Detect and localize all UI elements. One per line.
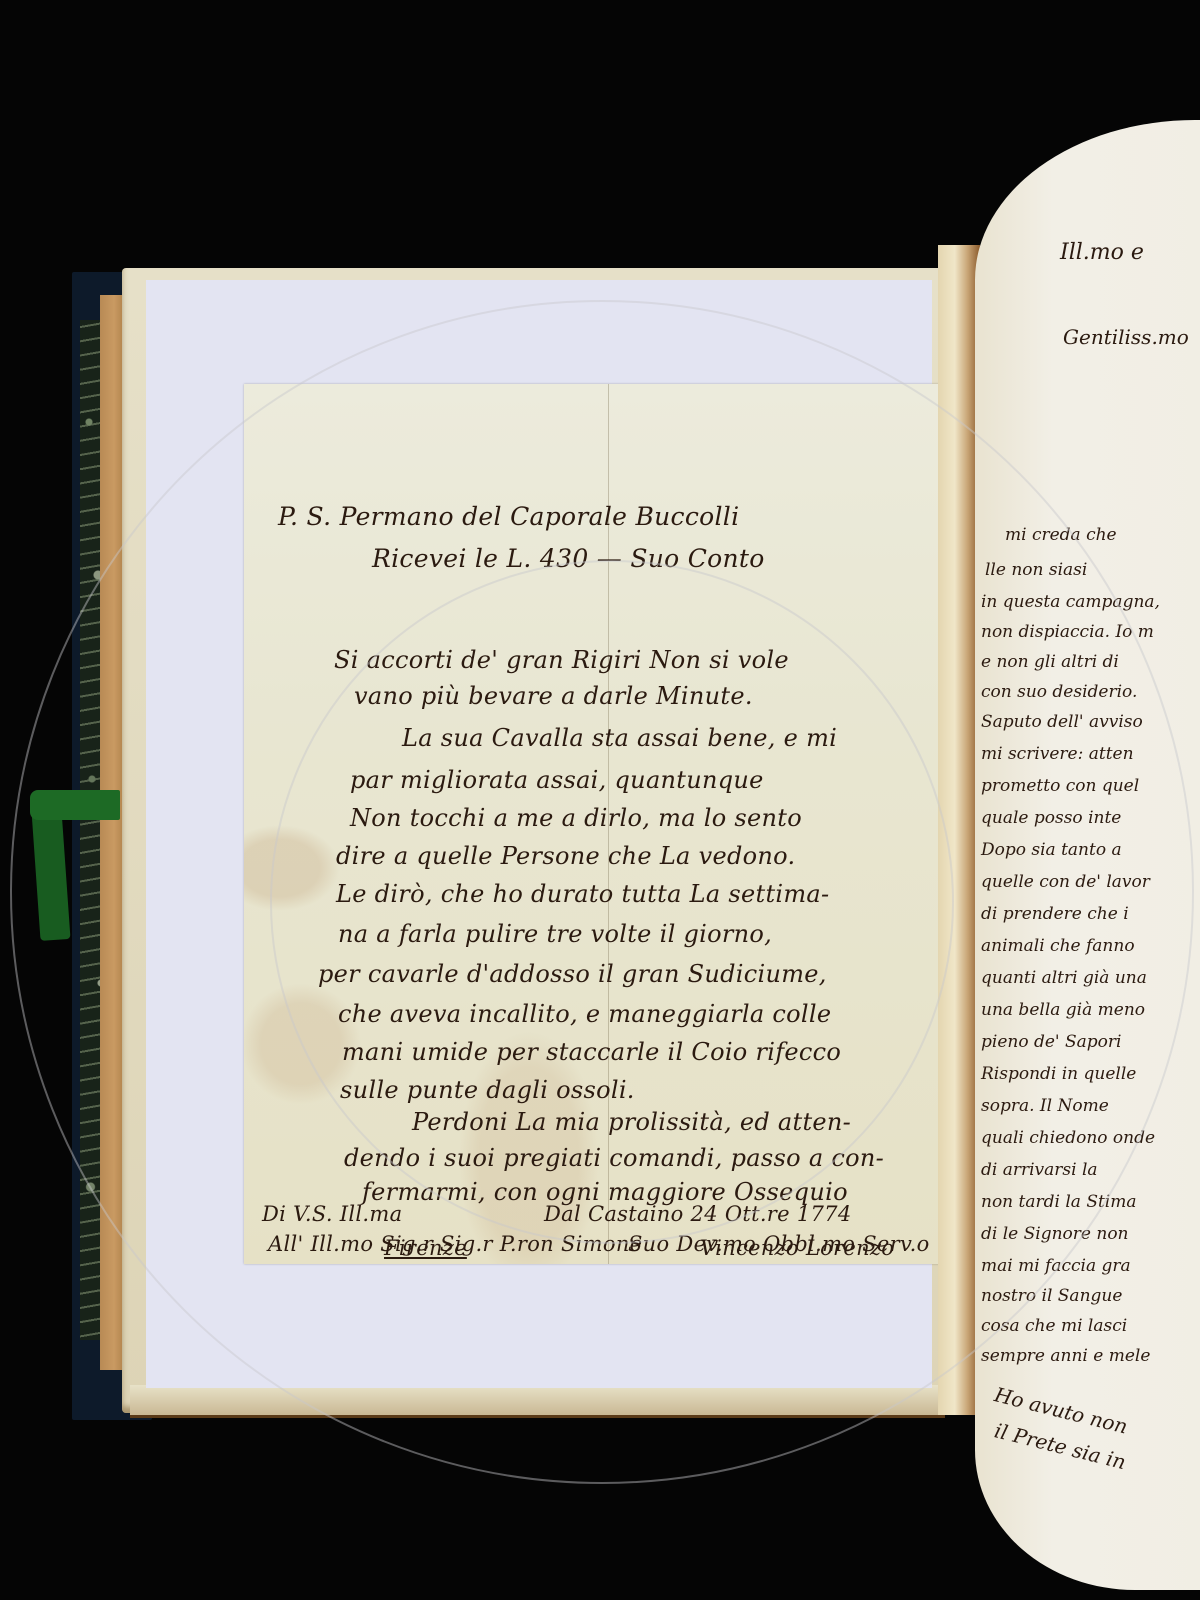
facing-page-line: una bella già meno — [981, 1000, 1145, 1020]
facing-page-line: Saputo dell' avviso — [981, 712, 1143, 732]
page-stack-bottom-edge — [130, 1385, 945, 1418]
facing-page-line: sopra. Il Nome — [981, 1096, 1109, 1116]
facing-page-line: nostro il Sangue — [981, 1286, 1122, 1306]
letter-body-line: Non tocchi a me a dirlo, ma lo sento — [350, 804, 802, 832]
letter-body-line: mani umide per staccarle il Coio rifecco — [342, 1038, 841, 1066]
facing-page-line: pieno de' Sapori — [981, 1032, 1121, 1052]
facing-manuscript-page: Ill.mo e Gentiliss.mo mi creda che lle n… — [975, 120, 1200, 1590]
facing-page-line: quanti altri già una — [981, 968, 1147, 988]
letter-body-line: Le dirò, che ho durato tutta La settima- — [336, 880, 829, 908]
facing-page-line: cosa che mi lasci — [981, 1316, 1127, 1336]
letter-place: Firenze — [384, 1236, 467, 1260]
letter-body-line: na a farla pulire tre volte il giorno, — [338, 920, 772, 948]
letter-body-line: La sua Cavalla sta assai bene, e mi — [402, 724, 837, 752]
green-ribbon-tie — [30, 790, 120, 820]
letter-heading-line-2: Ricevei le L. 430 — Suo Conto — [372, 544, 765, 573]
letter-salutation: Di V.S. Ill.ma — [262, 1202, 402, 1226]
facing-page-line: mai mi faccia gra — [981, 1256, 1131, 1276]
letter-body-line: Perdoni La mia prolissità, ed atten- — [412, 1108, 851, 1136]
facing-page-line: di le Signore non — [981, 1224, 1129, 1244]
letter-body-line: dire a quelle Persone che La vedono. — [336, 842, 795, 870]
letter-dateline: Dal Castaino 24 Ott.re 1774 — [544, 1202, 851, 1226]
facing-page-line: in questa campagna, — [981, 592, 1160, 612]
letter-heading-line-1: P. S. Permano del Caporale Buccolli — [278, 502, 739, 531]
facing-page-line: mi creda che — [1005, 525, 1117, 545]
letter-body-line: Si accorti de' gran Rigiri Non si vole — [334, 646, 789, 674]
facing-page-line: non tardi la Stima — [981, 1192, 1137, 1212]
letter-body-line: vano più bevare a darle Minute. — [354, 682, 753, 710]
facing-page-line: Rispondi in quelle — [981, 1064, 1136, 1084]
facing-page-line: quale posso inte — [981, 808, 1121, 828]
facing-page-line: quali chiedono onde — [981, 1128, 1155, 1148]
handwritten-letter: P. S. Permano del Caporale Buccolli Rice… — [244, 384, 956, 1264]
facing-page-line: mi scrivere: atten — [981, 744, 1134, 764]
facing-page-line: quelle con de' lavor — [981, 872, 1150, 892]
letter-body-line: per cavarle d'addosso il gran Sudiciume, — [318, 960, 827, 988]
facing-page-line: lle non siasi — [985, 560, 1087, 580]
photograph-scene: P. S. Permano del Caporale Buccolli Rice… — [0, 0, 1200, 1600]
facing-page-line: di arrivarsi la — [981, 1160, 1098, 1180]
book-spine-gutter — [938, 245, 980, 1415]
facing-page-line: animali che fanno — [981, 936, 1135, 956]
facing-page-line: con suo desiderio. — [981, 682, 1137, 702]
facing-page-line: non dispiaccia. Io m — [981, 622, 1154, 642]
facing-page-line: prometto con quel — [981, 776, 1139, 796]
facing-page-line: di prendere che i — [981, 904, 1129, 924]
letter-body-line: par migliorata assai, quantunque — [350, 766, 764, 794]
letter-signature: Vincenzo Lorenzo — [700, 1236, 894, 1260]
facing-page-line: Dopo sia tanto a — [981, 840, 1122, 860]
letter-body-line: dendo i suoi pregiati comandi, passo a c… — [344, 1144, 884, 1172]
ribbon-tail — [32, 809, 71, 941]
facing-page-line: Gentiliss.mo — [1063, 325, 1189, 349]
facing-page-line: sempre anni e mele — [981, 1346, 1150, 1366]
facing-page-line: Ill.mo e — [1060, 240, 1144, 265]
letter-body-line: che aveva incallito, e maneggiarla colle — [338, 1000, 831, 1028]
facing-page-line: e non gli altri di — [981, 652, 1119, 672]
letter-body-line: sulle punte dagli ossoli. — [340, 1076, 635, 1104]
